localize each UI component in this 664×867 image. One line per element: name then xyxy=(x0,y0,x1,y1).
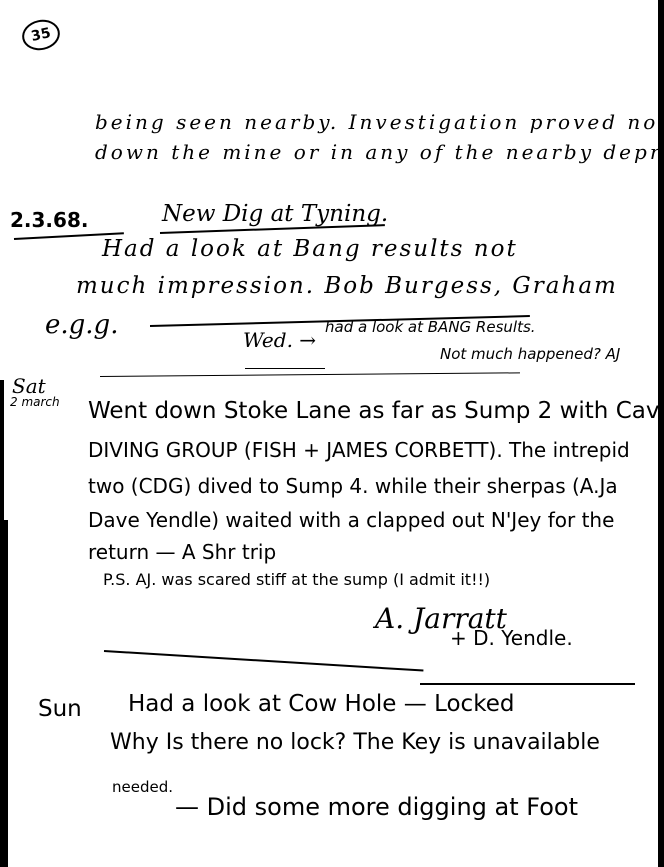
sat-line-4: Dave Yendle) waited with a clapped out N… xyxy=(88,510,614,530)
logbook-page: 35 being seen nearby. Investigation prov… xyxy=(0,0,664,867)
sat-line-3: two (CDG) dived to Sump 4. while their s… xyxy=(88,476,618,496)
sat-postscript: P.S. AJ. was scared stiff at the sump (I… xyxy=(103,572,490,588)
sun-line-3: needed. xyxy=(112,780,173,795)
sun-line-2: Why Is there no lock? The Key is unavail… xyxy=(110,732,600,754)
page-number: 35 xyxy=(19,16,62,53)
wed-note-1: had a look at BANG Results. xyxy=(325,320,536,335)
wed-underline-1 xyxy=(245,368,325,369)
scan-edge-left-upper xyxy=(0,380,4,520)
sat-line-2: DIVING GROUP (FISH + JAMES CORBETT). The… xyxy=(88,440,630,460)
dig-initials: e.g.g. xyxy=(45,312,118,338)
wed-note-2: Not much happened? AJ xyxy=(440,347,620,362)
continued-line-1: being seen nearby. Investigation proved … xyxy=(95,112,664,132)
signature-yendle: + D. Yendle. xyxy=(450,628,573,648)
sat-closing-line xyxy=(104,650,424,672)
dig-line-2: much impression. Bob Burgess, Graham xyxy=(76,275,618,298)
sat-date: 2 march xyxy=(10,396,60,408)
continued-line-2: down the mine or in any of the nearby de… xyxy=(95,142,664,162)
sat-line-5: return — A Shr trip xyxy=(88,542,276,562)
wed-underline-2 xyxy=(100,372,520,377)
sat-closing-line-2 xyxy=(420,683,635,685)
dig-line-1: Had a look at Bang results not xyxy=(102,238,518,261)
sat-line-1: Went down Stoke Lane as far as Sump 2 wi… xyxy=(88,400,664,423)
sun-day: Sun xyxy=(38,698,82,721)
sun-line-1: Had a look at Cow Hole — Locked xyxy=(128,693,514,716)
wed-label: Wed. → xyxy=(243,330,316,350)
entry-heading: New Dig at Tyning. xyxy=(162,203,388,226)
entry-date: 2.3.68. xyxy=(10,210,88,230)
scan-edge-left xyxy=(0,520,8,867)
sat-day: Sat xyxy=(12,376,46,396)
sun-line-4: — Did some more digging at Foot xyxy=(175,795,578,819)
